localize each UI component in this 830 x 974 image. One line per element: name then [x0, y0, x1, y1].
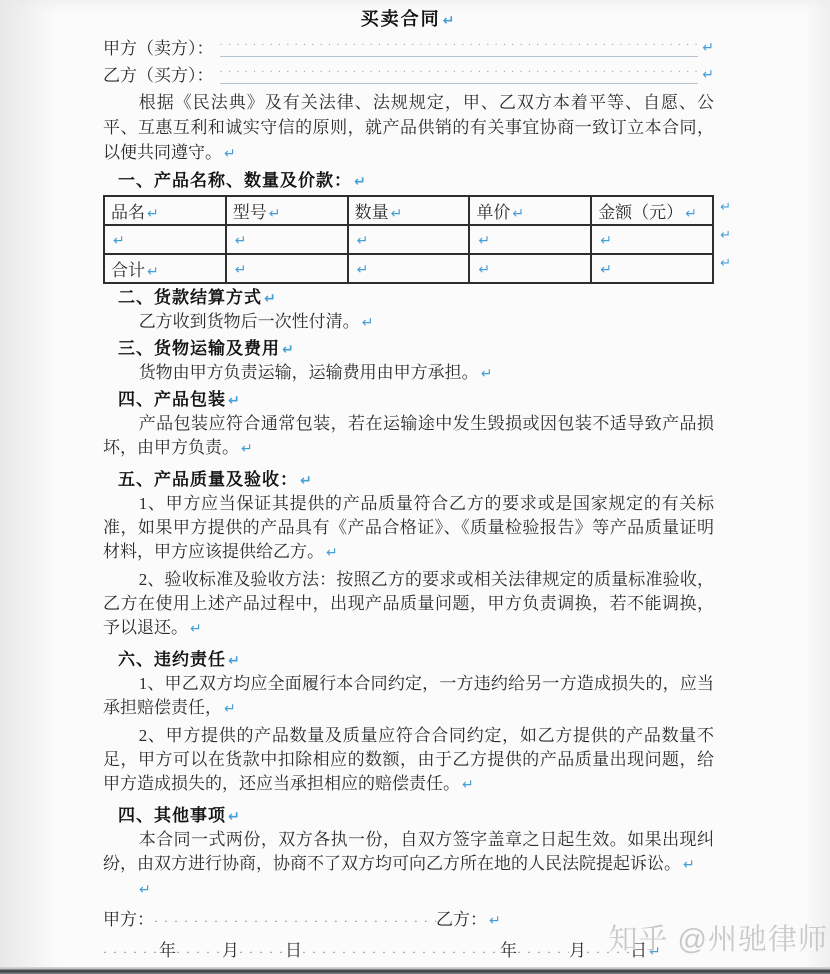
- empty-cell[interactable]: ↵: [591, 254, 713, 283]
- title-text: 买卖合同: [361, 9, 441, 29]
- year-label: 年: [159, 938, 176, 964]
- paragraph-mark-icon: ↵: [300, 473, 313, 489]
- heading-text: 四、其他事项: [118, 806, 226, 825]
- section-6-paragraph-2: 2、甲方提供的产品数量及质量应符合合同约定，如乙方提供的产品数量不足，甲方可以在…: [103, 724, 714, 797]
- paragraph-text: 本合同一式两份，双方各执一份，自双方签字盖章之日起生效。如果出现纠纷，由双方进行…: [103, 830, 714, 873]
- month-label: 月: [222, 938, 239, 964]
- header-cell-amount: 金额（元）↵: [591, 196, 713, 225]
- empty-cell[interactable]: ↵: [591, 225, 713, 254]
- section-heading-1: 一、产品名称、数量及价款：↵: [103, 170, 714, 193]
- party-b-blank-field[interactable]: ········································…: [220, 65, 699, 84]
- zhihu-watermark: 知乎 @州驰律师: [609, 917, 829, 958]
- product-table-wrap: 品名↵ 型号↵ 数量↵ 单价↵ 金额（元）↵ ↵ ↵ ↵ ↵ ↵ 合计↵ ↵ ↵: [103, 195, 714, 284]
- section-heading-4: 四、产品包装↵: [103, 389, 714, 412]
- total-label: 合计: [111, 261, 145, 280]
- screenshot-bottom-edge: [0, 967, 830, 974]
- party-a-blank-field[interactable]: ········································…: [220, 38, 699, 57]
- paragraph-mark-icon: ↵: [147, 206, 159, 222]
- paragraph-mark-icon: ↵: [224, 146, 236, 162]
- paragraph-mark-icon: ↵: [139, 882, 151, 898]
- year-label: 年: [500, 938, 517, 964]
- paragraph-text: 货物由甲方负责运输，运输费用由甲方承担。: [139, 363, 479, 382]
- header-cell-unit-price: 单价↵: [469, 196, 591, 225]
- empty-cell[interactable]: ↵: [226, 225, 348, 254]
- empty-paragraph: ↵: [103, 877, 714, 901]
- paragraph-mark-icon: ↵: [478, 262, 490, 278]
- section-5-paragraph-1: 1、甲方应当保证其提供的产品质量符合乙方的要求或是国家规定的有关标准，如果甲方提…: [103, 492, 714, 565]
- date-blank[interactable]: ········································…: [176, 939, 222, 965]
- heading-text: 二、货款结算方式: [118, 288, 262, 307]
- signature-party-a-blank[interactable]: ········································…: [154, 908, 436, 934]
- paragraph-mark-icon: ↵: [683, 857, 695, 873]
- intro-text: 根据《民法典》及有关法律、法规规定，甲、乙双方本着平等、自愿、公平、互惠互利和诚…: [103, 93, 714, 162]
- paragraph-text: 2、甲方提供的产品数量及质量应符合合同约定，如乙方提供的产品数量不足，甲方可以在…: [103, 726, 714, 793]
- paragraph-mark-icon: ↵: [600, 262, 612, 278]
- paragraph-mark-icon: ↵: [235, 262, 247, 278]
- paragraph-mark-icon: ↵: [282, 342, 295, 358]
- paragraph-text: 乙方收到货物后一次性付清。: [139, 312, 360, 331]
- paragraph-mark-icon: ↵: [228, 653, 241, 669]
- table-empty-row: ↵ ↵ ↵ ↵ ↵: [104, 225, 713, 254]
- intro-paragraph: 根据《民法典》及有关法律、法规规定，甲、乙双方本着平等、自愿、公平、互惠互利和诚…: [103, 90, 714, 167]
- paragraph-mark-icon: ↵: [357, 262, 369, 278]
- document-title: 买卖合同↵: [103, 6, 714, 34]
- empty-cell[interactable]: ↵: [348, 225, 470, 254]
- paragraph-text: 1、甲乙双方均应全面履行本合同约定，一方违约给另一方造成损失的，应当承担赔偿责任…: [103, 674, 714, 717]
- header-text: 数量: [355, 203, 389, 222]
- empty-cell[interactable]: ↵: [104, 225, 226, 254]
- section-6-paragraph-1: 1、甲乙双方均应全面履行本合同约定，一方违约给另一方造成损失的，应当承担赔偿责任…: [103, 672, 714, 721]
- header-text: 品名: [111, 203, 145, 222]
- paragraph-mark-icon: ↵: [326, 545, 338, 561]
- heading-text: 三、货物运输及费用: [118, 339, 280, 358]
- paragraph-mark-icon: ↵: [354, 174, 367, 190]
- party-b-line: 乙方（买方）： ································…: [103, 61, 714, 88]
- header-text: 单价: [476, 203, 510, 222]
- row-end-paragraph-mark-icon: ↵: [720, 256, 731, 271]
- paragraph-text: 产品包装应符合通常包装，若在运输途中发生毁损或因包装不适导致产品损坏，由甲方负责…: [103, 414, 714, 457]
- paragraph-mark-icon: ↵: [269, 206, 281, 222]
- paragraph-mark-icon: ↵: [357, 233, 369, 249]
- product-table: 品名↵ 型号↵ 数量↵ 单价↵ 金额（元）↵ ↵ ↵ ↵ ↵ ↵ 合计↵ ↵ ↵: [103, 195, 714, 284]
- section-3-paragraph: 货物由甲方负责运输，运输费用由甲方承担。↵: [103, 361, 714, 386]
- heading-text: 五、产品质量及验收：: [118, 470, 298, 489]
- party-a-label: 甲方（卖方）：: [103, 37, 214, 61]
- month-label: 月: [569, 938, 586, 964]
- section-5-paragraph-2: 2、验收标准及验收方法：按照乙方的要求或相关法律规定的质量标准验收，乙方在使用上…: [103, 568, 714, 641]
- section-heading-6: 六、违约责任↵: [103, 649, 714, 672]
- date-blank[interactable]: ········································…: [239, 939, 285, 965]
- paragraph-mark-icon: ↵: [147, 264, 159, 280]
- paragraph-mark-icon: ↵: [443, 13, 457, 29]
- contract-document-page: 买卖合同↵ 甲方（卖方）： ··························…: [0, 0, 830, 974]
- paragraph-mark-icon: ↵: [235, 233, 247, 249]
- paragraph-mark-icon: ↵: [391, 206, 403, 222]
- signature-party-a-label: 甲方：: [103, 907, 154, 933]
- empty-cell[interactable]: ↵: [469, 225, 591, 254]
- paragraph-text: 1、甲方应当保证其提供的产品质量符合乙方的要求或是国家规定的有关标准，如果甲方提…: [103, 494, 714, 561]
- paragraph-mark-icon: ↵: [489, 908, 501, 934]
- section-4-paragraph: 产品包装应符合通常包装，若在运输途中发生毁损或因包装不适导致产品损坏，由甲方负责…: [103, 412, 714, 461]
- paragraph-mark-icon: ↵: [481, 366, 493, 382]
- date-blank[interactable]: ········································…: [517, 939, 569, 965]
- section-heading-7: 四、其他事项↵: [103, 805, 714, 828]
- section-7-paragraph: 本合同一式两份，双方各执一份，自双方签字盖章之日起生效。如果出现纠纷，由双方进行…: [103, 828, 714, 877]
- paragraph-mark-icon: ↵: [224, 701, 236, 717]
- section-heading-5: 五、产品质量及验收：↵: [103, 469, 714, 492]
- heading-text: 六、违约责任: [118, 650, 226, 669]
- header-text: 金额（元）: [598, 203, 683, 222]
- paragraph-mark-icon: ↵: [702, 63, 714, 87]
- paragraph-mark-icon: ↵: [241, 441, 253, 457]
- row-end-paragraph-mark-icon: ↵: [720, 200, 731, 215]
- header-cell-model: 型号↵: [226, 196, 348, 225]
- paragraph-mark-icon: ↵: [228, 393, 241, 409]
- paragraph-mark-icon: ↵: [702, 36, 714, 60]
- date-blank[interactable]: ········································…: [103, 939, 159, 965]
- paragraph-mark-icon: ↵: [113, 233, 125, 249]
- section-heading-2: 二、货款结算方式↵: [103, 287, 714, 310]
- heading-text: 四、产品包装: [118, 390, 226, 409]
- table-header-row: 品名↵ 型号↵ 数量↵ 单价↵ 金额（元）↵: [104, 196, 713, 225]
- signature-party-b-label: 乙方：: [436, 907, 487, 933]
- header-cell-quantity: 数量↵: [348, 196, 470, 225]
- paragraph-mark-icon: ↵: [685, 206, 697, 222]
- date-blank[interactable]: ········································…: [302, 939, 500, 965]
- party-a-line: 甲方（卖方）： ································…: [103, 34, 714, 61]
- empty-cell[interactable]: ↵: [348, 254, 470, 283]
- paragraph-mark-icon: ↵: [462, 777, 474, 793]
- section-2-paragraph: 乙方收到货物后一次性付清。↵: [103, 310, 714, 335]
- header-text: 型号: [233, 203, 267, 222]
- row-end-paragraph-mark-icon: ↵: [720, 228, 731, 243]
- heading-text: 一、产品名称、数量及价款：: [118, 171, 352, 190]
- paragraph-mark-icon: ↵: [264, 291, 277, 307]
- table-total-row: 合计↵ ↵ ↵ ↵ ↵: [104, 254, 713, 283]
- total-label-cell: 合计↵: [104, 254, 226, 283]
- paragraph-mark-icon: ↵: [512, 206, 524, 222]
- empty-cell[interactable]: ↵: [226, 254, 348, 283]
- header-cell-name: 品名↵: [104, 196, 226, 225]
- paragraph-mark-icon: ↵: [228, 809, 241, 825]
- day-label: 日: [285, 938, 302, 964]
- paragraph-mark-icon: ↵: [478, 233, 490, 249]
- empty-cell[interactable]: ↵: [469, 254, 591, 283]
- paragraph-mark-icon: ↵: [362, 315, 374, 331]
- paragraph-mark-icon: ↵: [190, 621, 202, 637]
- paragraph-mark-icon: ↵: [600, 233, 612, 249]
- section-heading-3: 三、货物运输及费用↵: [103, 338, 714, 361]
- party-b-label: 乙方（买方）：: [103, 64, 214, 88]
